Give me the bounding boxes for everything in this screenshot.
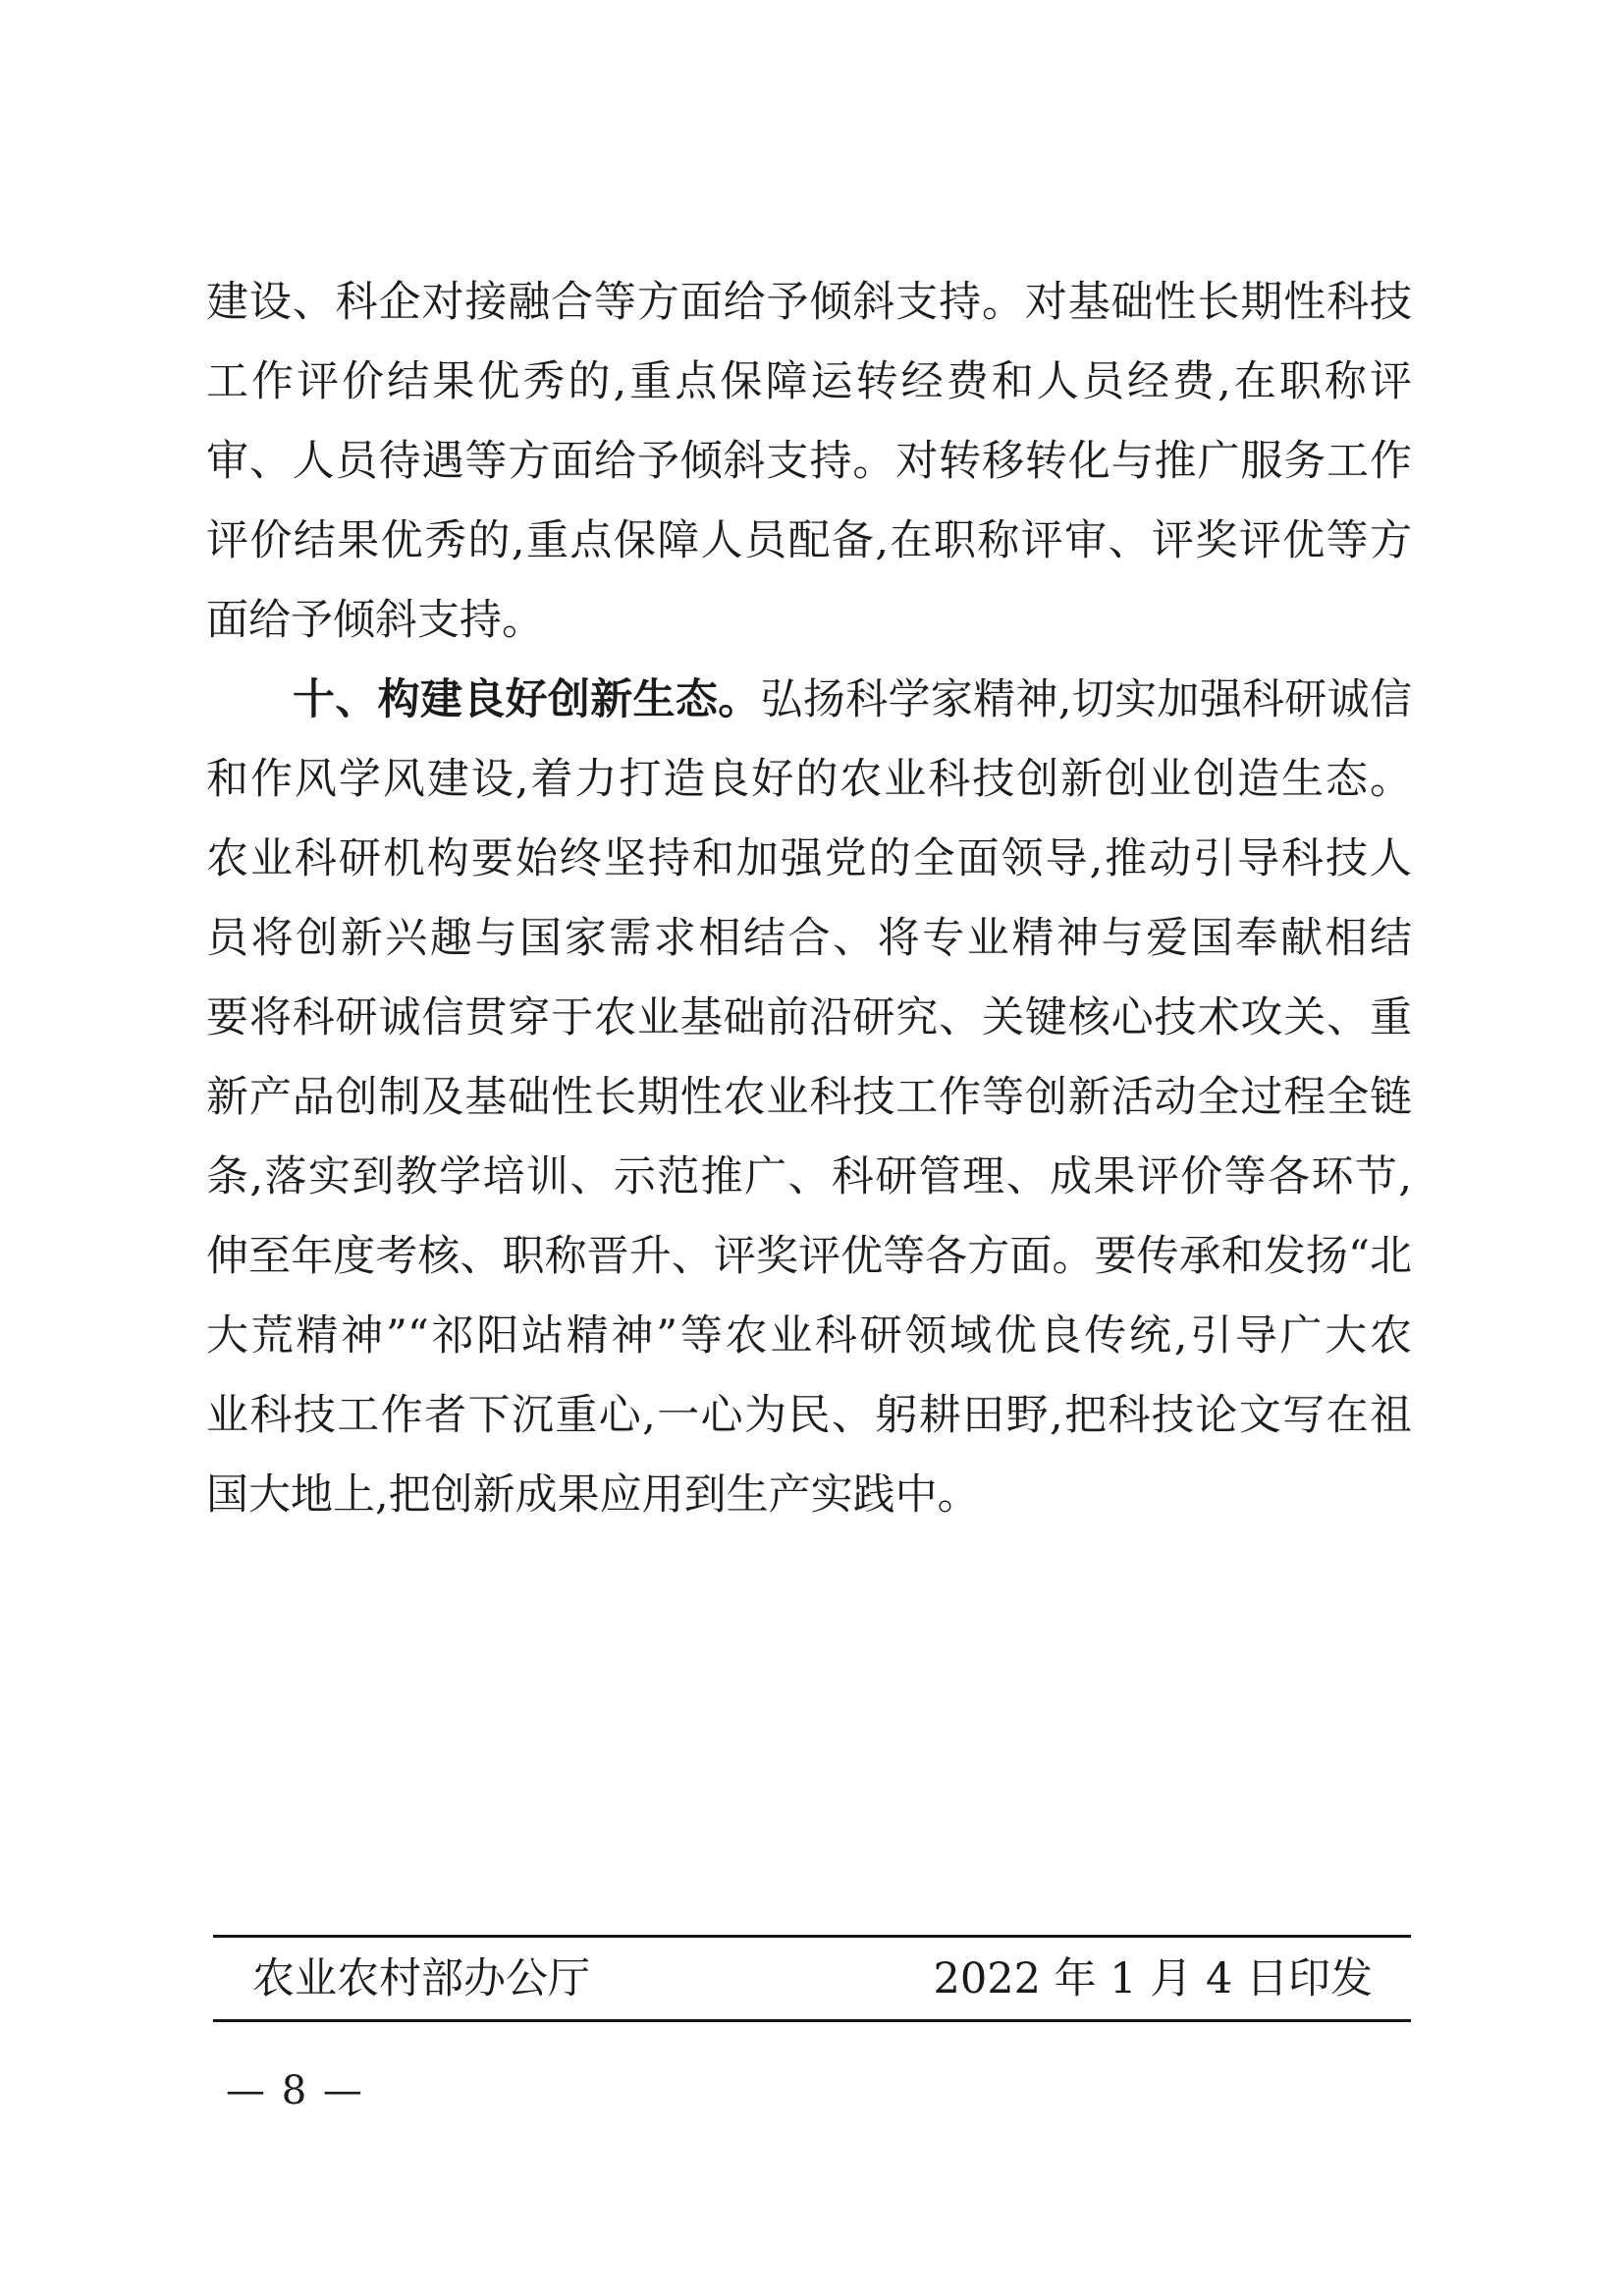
section-heading-bold: 十、构建良好创新生态。 xyxy=(293,676,761,723)
body-line-paragraph-end: 国大地上,把创新成果应用到生产实践中。 xyxy=(206,1456,1412,1535)
body-line: 大荒精神”“祁阳站精神”等农业科研领域优良传统,引导广大农 xyxy=(206,1297,1412,1376)
body-line-paragraph-end: 面给予倾斜支持。 xyxy=(206,581,1412,661)
footer-rule-top xyxy=(213,1935,1411,1938)
body-line: 农业科研机构要始终坚持和加强党的全面领导,推动引导科技人 xyxy=(206,820,1412,899)
body-line: 新产品创制及基础性长期性农业科技工作等创新活动全过程全链 xyxy=(206,1058,1412,1138)
body-text-block: 建设、科企对接融合等方面给予倾斜支持。对基础性长期性科技 工作评价结果优秀的,重… xyxy=(206,263,1412,1535)
document-page: 建设、科企对接融合等方面给予倾斜支持。对基础性长期性科技 工作评价结果优秀的,重… xyxy=(0,0,1624,2296)
section-heading-continuation: 弘扬科学家精神,切实加强科研诚信 xyxy=(761,675,1412,724)
body-line: 建设、科企对接融合等方面给予倾斜支持。对基础性长期性科技 xyxy=(206,263,1412,343)
body-line: 评价结果优秀的,重点保障人员配备,在职称评审、评奖评优等方 xyxy=(206,502,1412,581)
body-line: 业科技工作者下沉重心,一心为民、躬耕田野,把科技论文写在祖 xyxy=(206,1376,1412,1456)
page-number: — 8 — xyxy=(226,2069,364,2112)
footer-rule-bottom xyxy=(213,2019,1411,2022)
body-line: 要将科研诚信贯穿于农业基础前沿研究、关键核心技术攻关、重大 xyxy=(206,979,1412,1058)
footer-issuer: 农业农村部办公厅 xyxy=(252,1955,590,2002)
body-line: 条,落实到教学培训、示范推广、科研管理、成果评价等各环节,延 xyxy=(206,1138,1412,1217)
body-line: 伸至年度考核、职称晋升、评奖评优等各方面。要传承和发扬“北 xyxy=(206,1217,1412,1297)
body-line: 员将创新兴趣与国家需求相结合、将专业精神与爱国奉献相结合。 xyxy=(206,899,1412,979)
body-line: 工作评价结果优秀的,重点保障运转经费和人员经费,在职称评 xyxy=(206,343,1412,422)
body-line: 和作风学风建设,着力打造良好的农业科技创新创业创造生态。 xyxy=(206,740,1412,820)
footer-print-date: 2022 年 1 月 4 日印发 xyxy=(934,1955,1374,2002)
body-line-section-heading: 十、构建良好创新生态。弘扬科学家精神,切实加强科研诚信 xyxy=(206,661,1412,740)
body-line: 审、人员待遇等方面给予倾斜支持。对转移转化与推广服务工作 xyxy=(206,422,1412,502)
